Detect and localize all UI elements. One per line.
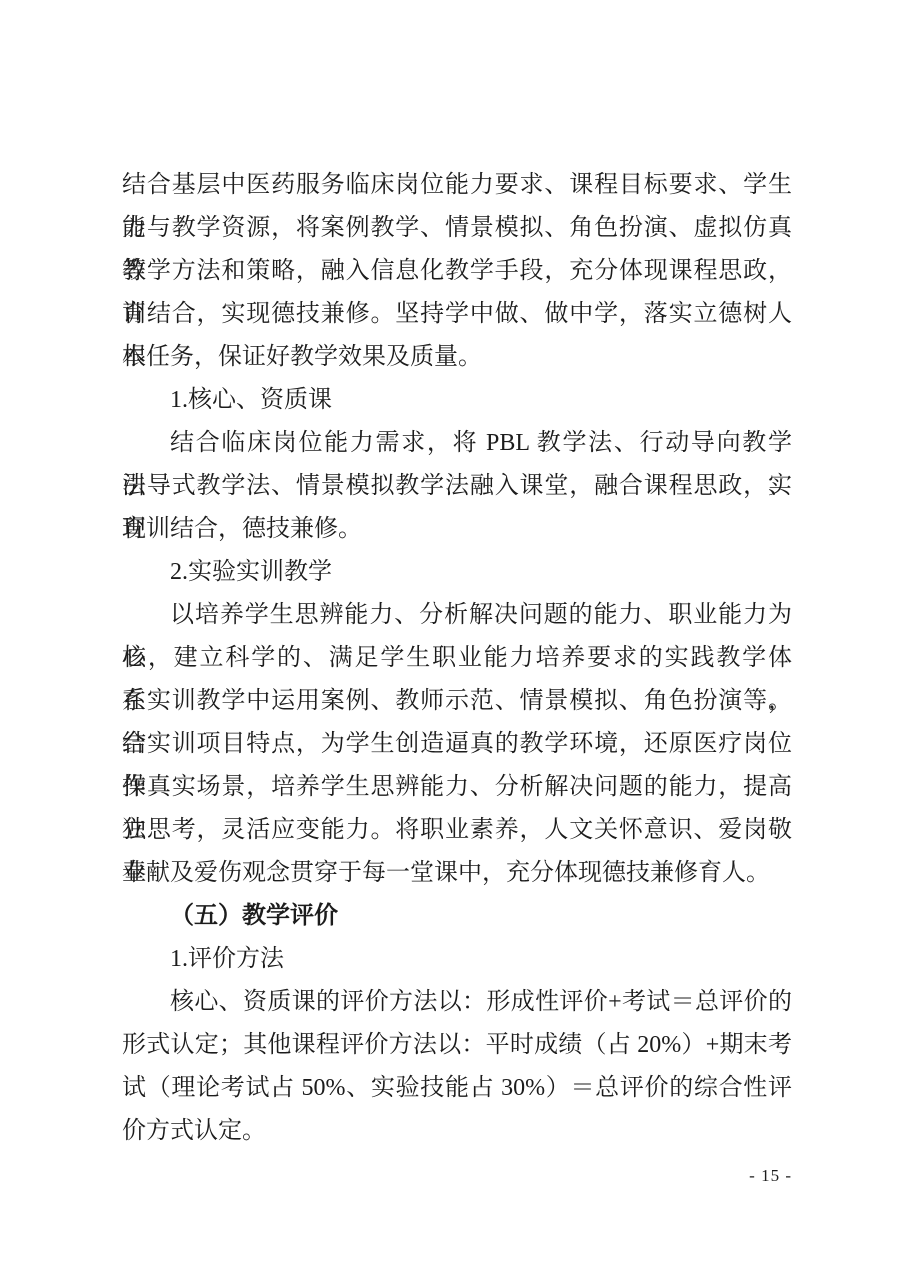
text-line: 价方式认定。 (122, 1110, 792, 1153)
text-line: 立思考，灵活应变能力。将职业素养，人文关怀意识、爱岗敬业 (122, 809, 792, 852)
heading-teaching-evaluation: （五）教学评价 (122, 895, 792, 938)
document-page: 结合基层中医药服务临床岗位能力要求、课程目标要求、学生能 力与教学资源，将案例教… (0, 0, 904, 1280)
text-line: 本任务，保证好教学效果及质量。 (122, 336, 792, 379)
heading-evaluation-method: 1.评价方法 (122, 938, 792, 981)
text-line: 结合临床岗位能力需求，将 PBL 教学法、行动导向教学法、 (122, 422, 792, 465)
page-number: - 15 - (749, 1166, 792, 1186)
text-line: 核心、资质课的评价方法以：形成性评价+考试＝总评价的 (122, 981, 792, 1024)
heading-experiment-training: 2.实验实训教学 (122, 551, 792, 594)
document-body: 结合基层中医药服务临床岗位能力要求、课程目标要求、学生能 力与教学资源，将案例教… (122, 164, 792, 1153)
text-line: 教学方法和策略，融入信息化教学手段，充分体现课程思政，育 (122, 250, 792, 293)
text-line: 形式认定；其他课程评价方法以：平时成绩（占 20%）+期末考 (122, 1024, 792, 1067)
text-line: 合实训项目特点，为学生创造逼真的教学环境，还原医疗岗位操 (122, 723, 792, 766)
heading-core-qualification-courses: 1.核心、资质课 (122, 379, 792, 422)
text-line: 育训结合，德技兼修。 (122, 508, 792, 551)
text-line: 在实训教学中运用案例、教师示范、情景模拟、角色扮演等，结 (122, 680, 792, 723)
text-line: 试（理论考试占 50%、实验技能占 30%）＝总评价的综合性评 (122, 1067, 792, 1110)
text-line: 引导式教学法、情景模拟教学法融入课堂，融合课程思政，实现 (122, 465, 792, 508)
text-line: 力与教学资源，将案例教学、情景模拟、角色扮演、虚拟仿真等 (122, 207, 792, 250)
text-line: 作真实场景，培养学生思辨能力、分析解决问题的能力，提高独 (122, 766, 792, 809)
text-line: 以培养学生思辨能力、分析解决问题的能力、职业能力为核 (122, 594, 792, 637)
text-line: 训结合，实现德技兼修。坚持学中做、做中学，落实立德树人根 (122, 293, 792, 336)
text-line: 结合基层中医药服务临床岗位能力要求、课程目标要求、学生能 (122, 164, 792, 207)
text-line: 心，建立科学的、满足学生职业能力培养要求的实践教学体系。 (122, 637, 792, 680)
text-line: 奉献及爱伤观念贯穿于每一堂课中，充分体现德技兼修育人。 (122, 852, 792, 895)
